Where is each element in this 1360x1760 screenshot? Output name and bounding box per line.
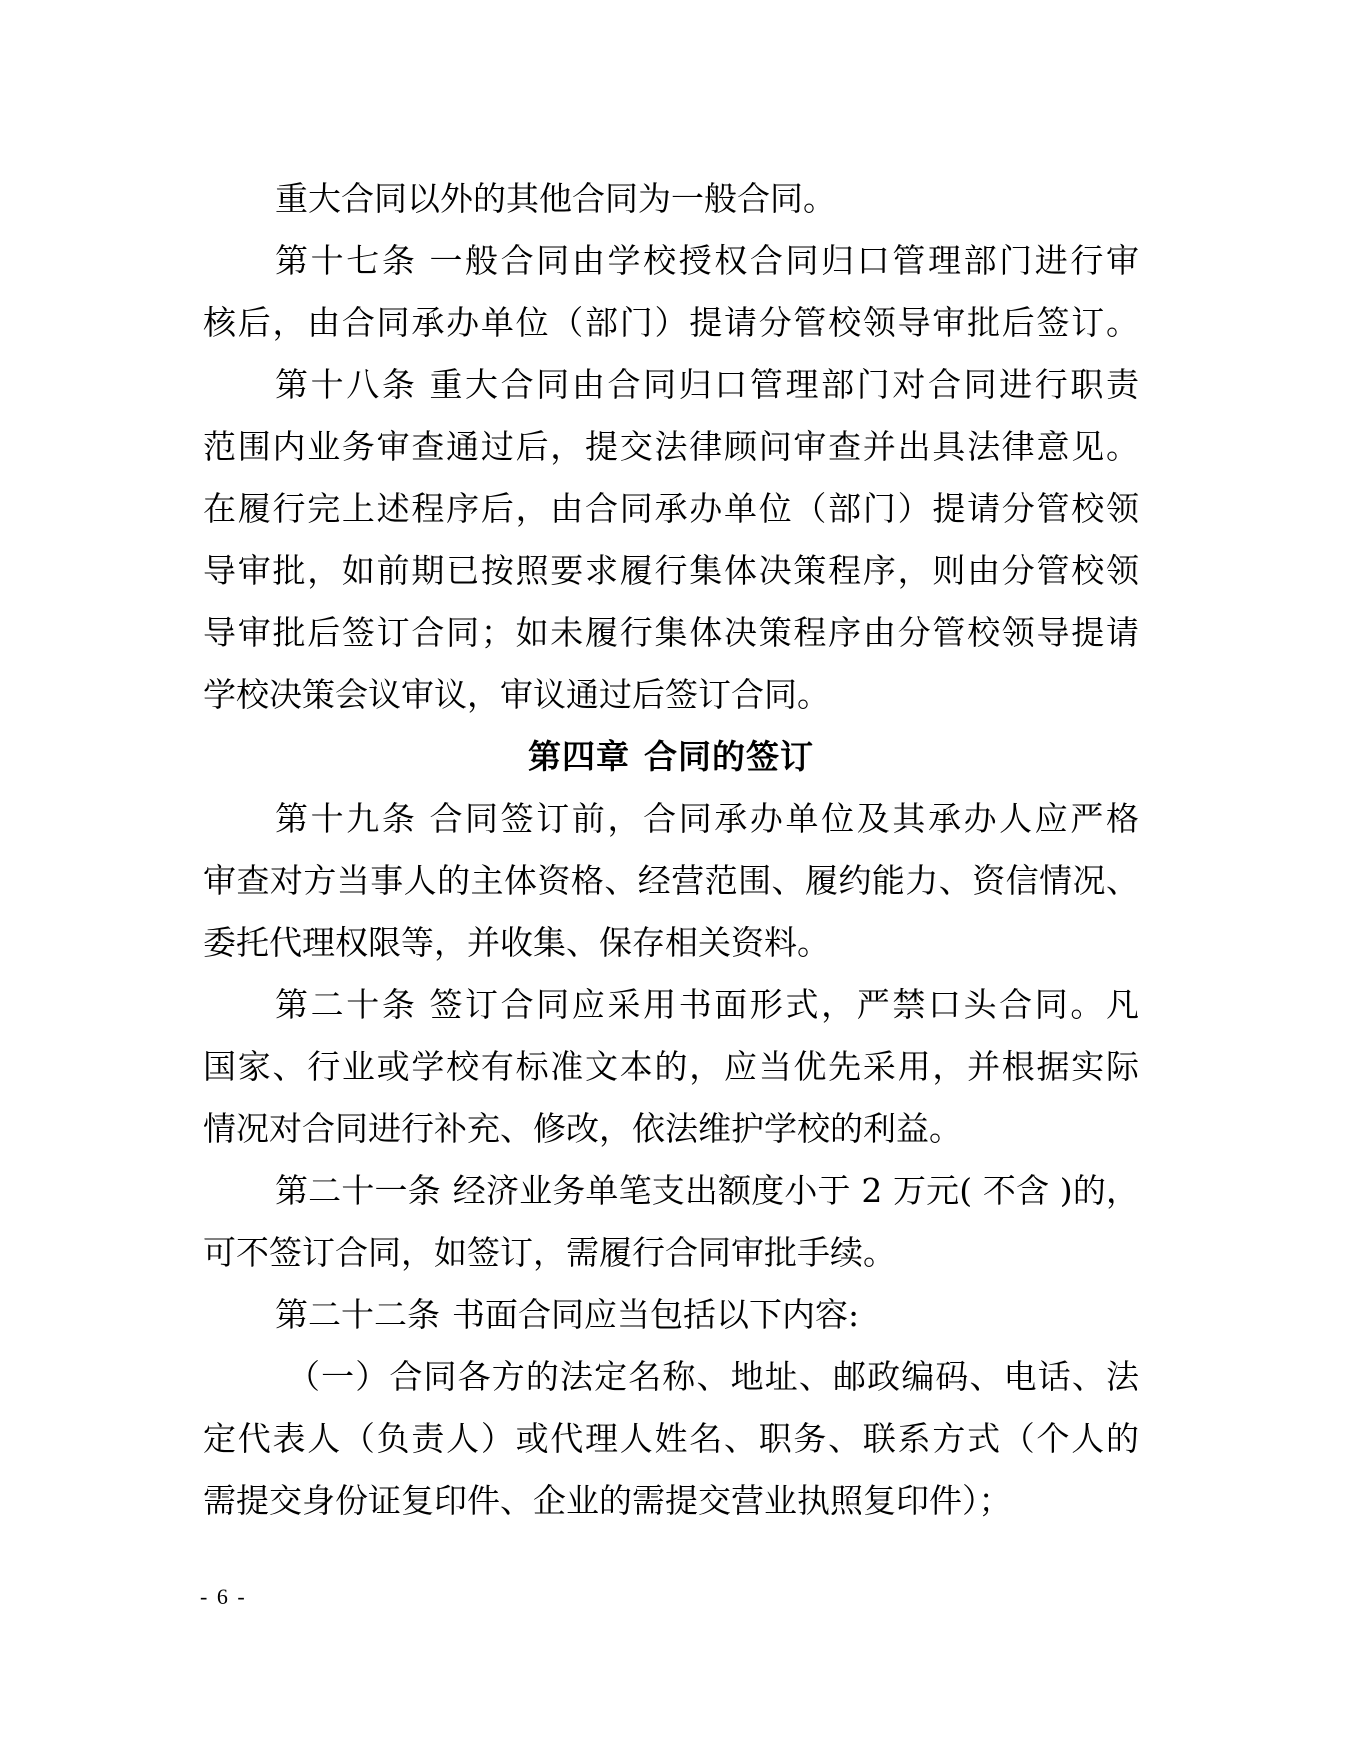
article-17-line-2: 核后，由合同承办单位（部门）提请分管校领导审批后签订。 [203,292,1139,354]
item-1-line-2: 定代表人（负责人）或代理人姓名、职务、联系方式（个人的 [203,1408,1139,1470]
article-17-line-1: 第十七条一般合同由学校授权合同归口管理部门进行审 [203,230,1139,292]
line-text: 重大合同以外的其他合同为一般合同。 [275,179,836,218]
line-text: 签订合同应采用书面形式，严禁口头合同。凡 [429,985,1139,1024]
item-1-line-1: （一）合同各方的法定名称、地址、邮政编码、电话、法 [203,1346,1139,1408]
article-number: 第二十条 [275,985,417,1024]
line-text: 需提交身份证复印件、企业的需提交营业执照复印件）； [203,1481,1012,1520]
article-number: 第十八条 [275,365,417,404]
line-text: 定代表人（负责人）或代理人姓名、职务、联系方式（个人的 [203,1419,1139,1458]
item-1-line-3: 需提交身份证复印件、企业的需提交营业执照复印件）； [203,1470,1139,1532]
line-text: 重大合同由合同归口管理部门对合同进行职责 [429,365,1139,404]
line-text: 在履行完上述程序后，由合同承办单位（部门）提请分管校领 [203,489,1139,528]
line-text: 国家、行业或学校有标准文本的，应当优先采用，并根据实际 [203,1047,1139,1086]
line-text: 学校决策会议审议，审议通过后签订合同。 [203,675,830,714]
line-text: 导审批后签订合同；如未履行集体决策程序由分管校领导提请 [203,613,1139,652]
line-text: 审查对方当事人的主体资格、经营范围、履约能力、资信情况、 [203,861,1139,900]
line-text: 一般合同由学校授权合同归口管理部门进行审 [429,241,1139,280]
article-19-line-2: 审查对方当事人的主体资格、经营范围、履约能力、资信情况、 [203,850,1139,912]
article-22-line-1: 第二十二条书面合同应当包括以下内容: [203,1284,1139,1346]
document-body: 重大合同以外的其他合同为一般合同。 第十七条一般合同由学校授权合同归口管理部门进… [203,168,1139,1532]
line-text: 范围内业务审查通过后，提交法律顾问审查并出具法律意见。 [203,427,1139,466]
paragraph-line-1: 重大合同以外的其他合同为一般合同。 [203,168,1139,230]
chapter-title: 合同的签订 [644,737,814,776]
document-page: 重大合同以外的其他合同为一般合同。 第十七条一般合同由学校授权合同归口管理部门进… [0,0,1360,1760]
chapter-heading: 第四章合同的签订 [203,726,1139,788]
article-number: 第十七条 [275,241,417,280]
article-18-line-4: 导审批，如前期已按照要求履行集体决策程序，则由分管校领 [203,540,1139,602]
article-18-line-5: 导审批后签订合同；如未履行集体决策程序由分管校领导提请 [203,602,1139,664]
article-18-line-3: 在履行完上述程序后，由合同承办单位（部门）提请分管校领 [203,478,1139,540]
page-number: - 6 - [200,1582,247,1612]
article-number: 第二十一条 [275,1171,441,1210]
article-number: 第二十二条 [275,1295,440,1334]
article-18-line-6: 学校决策会议审议，审议通过后签订合同。 [203,664,1139,726]
line-text: 委托代理权限等，并收集、保存相关资料。 [203,923,830,962]
article-20-line-1: 第二十条签订合同应采用书面形式，严禁口头合同。凡 [203,974,1139,1036]
line-text: 可不签订合同，如签订，需履行合同审批手续。 [203,1233,896,1272]
article-19-line-1: 第十九条合同签订前，合同承办单位及其承办人应严格 [203,788,1139,850]
article-number: 第十九条 [275,799,417,838]
article-20-line-2: 国家、行业或学校有标准文本的，应当优先采用，并根据实际 [203,1036,1139,1098]
article-18-line-2: 范围内业务审查通过后，提交法律顾问审查并出具法律意见。 [203,416,1139,478]
article-21-line-1: 第二十一条经济业务单笔支出额度小于 2 万元( 不含 )的， [203,1160,1139,1222]
article-21-line-2: 可不签订合同，如签订，需履行合同审批手续。 [203,1222,1139,1284]
line-text: 核后，由合同承办单位（部门）提请分管校领导审批后签订。 [203,303,1139,342]
line-text: 经济业务单笔支出额度小于 2 万元( 不含 )的， [453,1171,1139,1210]
line-text: 情况对合同进行补充、修改，依法维护学校的利益。 [203,1109,962,1148]
chapter-number: 第四章 [528,737,630,776]
article-20-line-3: 情况对合同进行补充、修改，依法维护学校的利益。 [203,1098,1139,1160]
line-text: 导审批，如前期已按照要求履行集体决策程序，则由分管校领 [203,551,1139,590]
line-text: （一）合同各方的法定名称、地址、邮政编码、电话、法 [287,1357,1139,1396]
line-text: 书面合同应当包括以下内容: [452,1295,859,1334]
article-19-line-3: 委托代理权限等，并收集、保存相关资料。 [203,912,1139,974]
article-18-line-1: 第十八条重大合同由合同归口管理部门对合同进行职责 [203,354,1139,416]
line-text: 合同签订前，合同承办单位及其承办人应严格 [429,799,1139,838]
